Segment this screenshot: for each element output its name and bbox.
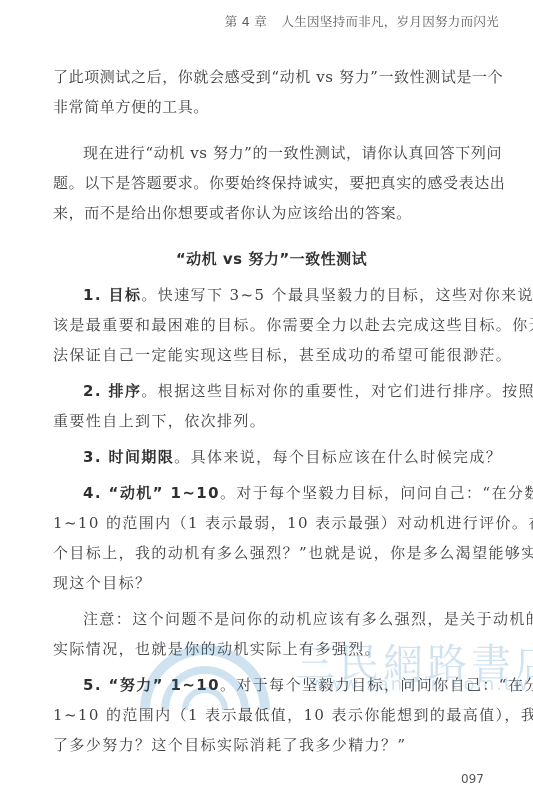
text-line: 注意：这个问题不是问你的动机应该有多么强烈，是关于动机的	[53, 604, 490, 634]
item-lead: 5. “努力” 1~10	[83, 676, 220, 694]
text-line: 2. 排序。根据这些目标对你的重要性，对它们进行排序。按照	[53, 376, 490, 406]
item-lead: 2. 排序	[83, 382, 141, 400]
text-line: 实际情况，也就是你的动机实际上有多强烈。	[53, 634, 490, 664]
item-text: 。对于每个坚毅力目标，问问你自己：“在分数	[220, 676, 533, 694]
note-paragraph: 注意：这个问题不是问你的动机应该有多么强烈，是关于动机的 实际情况，也就是你的动…	[53, 604, 490, 664]
text-line: 非常简单方便的工具。	[53, 92, 490, 122]
item-lead: 4. “动机” 1~10	[83, 484, 220, 502]
text-line: 重要性自上到下，依次排列。	[53, 406, 490, 436]
item-text: 。具体来说，每个目标应该在什么时候完成？	[174, 448, 502, 466]
intro-paragraph: 了此项测试之后，你就会感受到“动机 vs 努力”一致性测试是一个 非常简单方便的…	[53, 62, 490, 122]
text-line: 了此项测试之后，你就会感受到“动机 vs 努力”一致性测试是一个	[53, 62, 490, 92]
text-line: 个目标上，我的动机有多么强烈？”也就是说，你是多么渴望能够实	[53, 538, 490, 568]
text-line: 1. 目标。快速写下 3~5 个最具坚毅力的目标，这些对你来说应	[53, 280, 490, 310]
text-line: 题。以下是答题要求。你要始终保持诚实，要把真实的感受表达出	[53, 168, 490, 198]
text-line: 来，而不是给出你想要或者你认为应该给出的答案。	[53, 198, 490, 228]
page-number: 097	[461, 772, 484, 786]
chapter-number: 第 4 章	[225, 14, 267, 29]
list-item-motivation: 4. “动机” 1~10。对于每个坚毅力目标，问问自己：“在分数 1~10 的范…	[53, 478, 490, 598]
section-title: “动机 vs 努力”一致性测试	[53, 244, 490, 274]
list-item-effort: 5. “努力” 1~10。对于每个坚毅力目标，问问你自己：“在分数 1~10 的…	[53, 670, 490, 760]
item-text: 。快速写下 3~5 个最具坚毅力的目标，这些对你来说应	[141, 286, 533, 304]
text-line: 4. “动机” 1~10。对于每个坚毅力目标，问问自己：“在分数	[53, 478, 490, 508]
list-item-goals: 1. 目标。快速写下 3~5 个最具坚毅力的目标，这些对你来说应 该是最重要和最…	[53, 280, 490, 370]
list-item-deadline: 3. 时间期限。具体来说，每个目标应该在什么时候完成？	[53, 442, 490, 472]
item-text: 。对于每个坚毅力目标，问问自己：“在分数	[220, 484, 533, 502]
text-line: 5. “努力” 1~10。对于每个坚毅力目标，问问你自己：“在分数	[53, 670, 490, 700]
item-lead: 3. 时间期限	[83, 448, 174, 466]
item-text: 。根据这些目标对你的重要性，对它们进行排序。按照	[141, 382, 533, 400]
chapter-title: 人生因坚持而非凡，岁月因努力而闪光	[281, 14, 499, 29]
item-lead: 1. 目标	[83, 286, 141, 304]
list-item-ranking: 2. 排序。根据这些目标对你的重要性，对它们进行排序。按照 重要性自上到下，依次…	[53, 376, 490, 436]
text-line: 现这个目标？	[53, 568, 490, 598]
text-line: 1~10 的范围内（1 表示最弱，10 表示最强）对动机进行评价。在这	[53, 508, 490, 538]
text-line: 现在进行“动机 vs 努力”的一致性测试，请你认真回答下列问	[53, 138, 490, 168]
text-line: 法保证自己一定能实现这些目标，甚至成功的希望可能很渺茫。	[53, 340, 490, 370]
text-line: 了多少努力？这个目标实际消耗了我多少精力？”	[53, 730, 490, 760]
text-line: 3. 时间期限。具体来说，每个目标应该在什么时候完成？	[53, 442, 490, 472]
running-header: 第 4 章 人生因坚持而非凡，岁月因努力而闪光	[225, 12, 499, 30]
text-line: 该是最重要和最困难的目标。你需要全力以赴去完成这些目标。你无	[53, 310, 490, 340]
instructions-paragraph: 现在进行“动机 vs 努力”的一致性测试，请你认真回答下列问 题。以下是答题要求…	[53, 138, 490, 228]
text-line: 1~10 的范围内（1 表示最低值，10 表示你能想到的最高值），我付出	[53, 700, 490, 730]
page-body: 了此项测试之后，你就会感受到“动机 vs 努力”一致性测试是一个 非常简单方便的…	[53, 62, 490, 760]
